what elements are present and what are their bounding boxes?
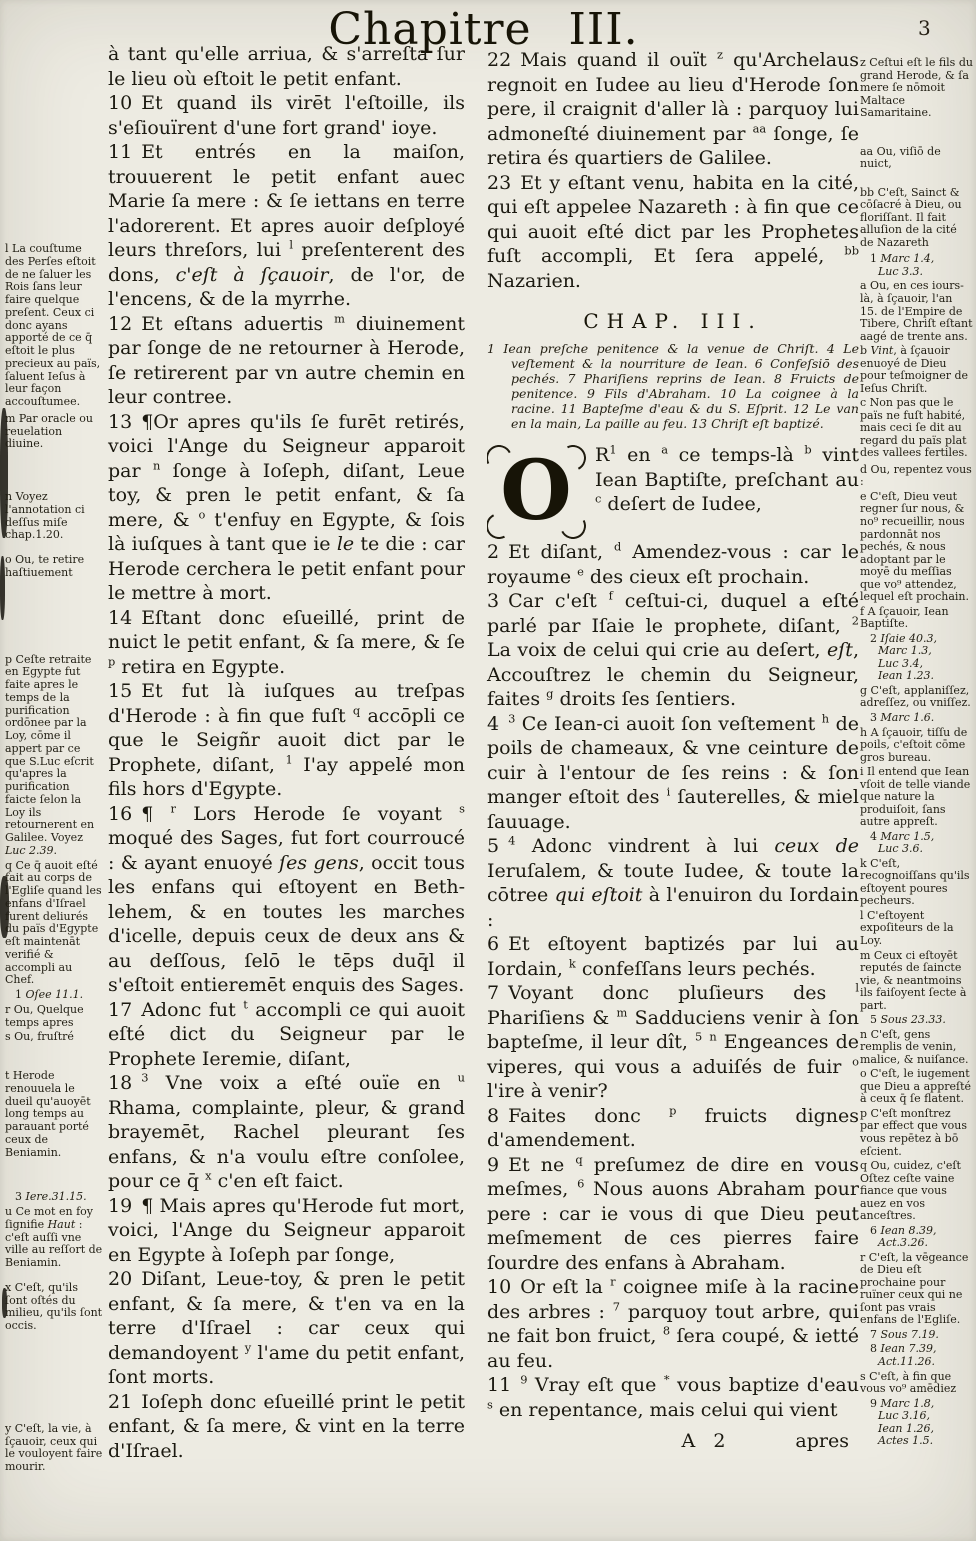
verse-number: 22 — [487, 49, 511, 71]
margin-note-text: f A ſçauoir, Iean Baptiſte. — [860, 605, 949, 631]
verse-text: Et y eſtant venu, habita en la cité, qui… — [487, 172, 859, 292]
margin-note-text: t Herode renouuela le dueil qu'auoyēt lo… — [5, 1069, 91, 1159]
margin-note: Actes 1.5. — [878, 1435, 973, 1448]
margin-note: o C'eſt, le iugement que Dieu a appreſté… — [860, 1068, 973, 1106]
margin-note: Iean 1.23. — [878, 670, 973, 683]
right-margin-notes: z Ceſtui eſt le fils du grand Herode, & … — [860, 57, 973, 1448]
verse-number: 6 — [487, 933, 499, 955]
verse: 12Et eſtans aduertis m diuinement par ſo… — [108, 312, 465, 410]
verse-text: Adonc fut t accompli ce qui auoit eſté d… — [108, 999, 465, 1070]
margin-note-text: 6 Iean 8.39, — [870, 1224, 936, 1237]
margin-note: y C'eſt, la vie, à ſçauoir, ceux qui le … — [5, 1423, 103, 1474]
verse: 14Eſtant donc eſueillé, print de nuict l… — [108, 606, 465, 680]
margin-note: l C'eſtoyent expoſiteurs de la Loy. — [860, 910, 973, 948]
margin-note: b Vint, à ſçauoir enuoyé de Dieu pour te… — [860, 345, 973, 395]
margin-note-text: Luc 3.4, — [878, 657, 923, 670]
verse: 21Ioſeph donc eſueillé print le petit en… — [108, 1390, 465, 1464]
verse-text: Et quand ils virēt l'eſtoille, ils s'eſi… — [108, 92, 465, 139]
verse-text: à tant qu'elle arriua, & s'arreſta ſur l… — [108, 43, 465, 90]
margin-note-text: e C'eſt, Dieu veut regner ſur nous, & no… — [860, 490, 969, 603]
left-text-column: à tant qu'elle arriua, & s'arreſta ſur l… — [108, 42, 465, 1463]
verse: 8Faites donc p fruicts dignes d'amendeme… — [487, 1104, 859, 1153]
margin-note-text: Act.3.26. — [878, 1236, 928, 1249]
verse: 15Et fut là iuſques au treſpas d'Herode … — [108, 679, 465, 802]
margin-note-text: 4 Marc 1.5, — [870, 830, 934, 843]
margin-note-text: z Ceſtui eſt le fils du grand Herode, & … — [860, 56, 973, 119]
margin-note: s Ou, fruſtré — [5, 1031, 103, 1044]
margin-note-text: k C'eſt, recognoiſſans qu'ils eſtoyent p… — [860, 857, 970, 908]
verse: 9Et ne q preſumez de dire en vous meſmes… — [487, 1153, 859, 1276]
verse: 10Or eſt la r coignee miſe à la racine d… — [487, 1275, 859, 1373]
margin-note: z Ceſtui eſt le fils du grand Herode, & … — [860, 57, 973, 120]
verse: 17Adonc fut t accompli ce qui auoit eſté… — [108, 998, 465, 1072]
verse-number: 19 — [108, 1195, 132, 1217]
chapter3-verses: 2Et diſant, d Amendez-vous : car le roya… — [487, 540, 859, 1422]
verse-text: Ioſeph donc eſueillé print le petit enfa… — [108, 1391, 465, 1462]
verse: 6Et eſtoyent baptizés par lui au Iordain… — [487, 932, 859, 981]
margin-note: g C'eſt, applaniſſez, adreſſez, ou vniſſ… — [860, 685, 973, 710]
margin-note: 1 Oſee 11.1. — [15, 989, 103, 1002]
margin-note: p C'eſt monſtrez par effect que vous vou… — [860, 1108, 973, 1158]
verse-number: 9 — [487, 1154, 499, 1176]
margin-note-text: p Ceſte retraite en Egypte fut faite apr… — [5, 653, 94, 857]
margin-note-text: c Non pas que le païs ne fuſt habité, ma… — [860, 396, 968, 459]
page-number: 3 — [918, 16, 931, 40]
verse-number: 11 — [487, 1374, 511, 1396]
margin-note: x C'eſt, qu'ils ſont oſtés du milieu, qu… — [5, 1282, 103, 1333]
chapter2-end-verses: 22Mais quand il ouït z qu'Archelaus regn… — [487, 48, 859, 293]
margin-note: 3 Iere.31.15. — [15, 1191, 103, 1204]
margin-note: t Herode renouuela le dueil qu'auoyēt lo… — [5, 1070, 103, 1159]
margin-note-text: a Ou, en ces iours-là, à ſçauoir, l'an 1… — [860, 279, 973, 342]
margin-note-text: i Il entend que Iean vſoit de telle vian… — [860, 765, 970, 828]
margin-note: aa Ou, viſiō de nuict, — [860, 146, 973, 171]
margin-note: 5 Sous 23.33. — [870, 1014, 973, 1027]
margin-note-text: n C'eſt, gens remplis de venin, malice, … — [860, 1028, 969, 1066]
verse-text: Et diſant, d Amendez-vous : car le royau… — [487, 541, 859, 588]
verse-text: Voyant donc pluſieurs des l Phariſiens &… — [487, 982, 859, 1102]
verse-number: 14 — [108, 607, 132, 629]
verse-text: Eſtant donc eſueillé, print de nuict le … — [108, 607, 465, 678]
margin-note: i Il entend que Iean vſoit de telle vian… — [860, 766, 973, 829]
verse: 22Mais quand il ouït z qu'Archelaus regn… — [487, 48, 859, 171]
verse: 2Et diſant, d Amendez-vous : car le roya… — [487, 540, 859, 589]
verse-text: 3 Vne voix a eſté ouïe en u Rhama, compl… — [108, 1072, 465, 1192]
verse-text: Faites donc p fruicts dignes d'amendemen… — [487, 1105, 859, 1152]
margin-note-text: y C'eſt, la vie, à ſçauoir, ceux qui le … — [5, 1422, 102, 1473]
margin-note: h A ſçauoir, tiſſu de poils, c'eſtoit cō… — [860, 727, 973, 765]
margin-note-text: 8 Iean 7.39, — [870, 1342, 936, 1355]
margin-note-text: b Vint, à ſçauoir enuoyé de Dieu pour te… — [860, 344, 968, 395]
chapter-summary: 1 Iean preſche penitence & la venue de C… — [487, 341, 859, 431]
margin-note-text: q Ce q̄ auoit eſté fait au corps de l'Eg… — [5, 859, 102, 987]
verse-number: 8 — [487, 1105, 499, 1127]
verse-text: Et eſtoyent baptizés par lui au Iordain,… — [487, 933, 859, 980]
verse: 10Et quand ils virēt l'eſtoille, ils s'e… — [108, 91, 465, 140]
margin-note-text: 3 Marc 1.6. — [870, 711, 934, 724]
margin-note-text: Iean 1.23. — [878, 669, 934, 682]
signature-line: A 2 apres — [487, 1430, 859, 1452]
margin-note: p Ceſte retraite en Egypte fut faite apr… — [5, 654, 103, 858]
margin-note-text: 1 Marc 1.4, — [870, 252, 934, 265]
margin-note-text: 3 Iere.31.15. — [15, 1190, 87, 1203]
margin-note-text: 9 Marc 1.8, — [870, 1397, 934, 1410]
margin-note-text: Luc 3.16, — [878, 1409, 930, 1422]
margin-note: 3 Marc 1.6. — [870, 712, 973, 725]
margin-note-text: s Ou, fruſtré — [5, 1030, 74, 1043]
margin-note: c Non pas que le païs ne fuſt habité, ma… — [860, 397, 973, 460]
margin-note-text: o Ou, te retire haſtiuement — [5, 553, 84, 579]
margin-note: bb C'eſt, Sainct & cōſacré à Dieu, ou fl… — [860, 187, 973, 250]
margin-note: e C'eſt, Dieu veut regner ſur nous, & no… — [860, 491, 973, 604]
verse-text: Diſant, Leue-toy, & pren le petit enfant… — [108, 1268, 465, 1388]
verse-text: Mais quand il ouït z qu'Archelaus regnoi… — [487, 49, 859, 169]
margin-note: n C'eſt, gens remplis de venin, malice, … — [860, 1029, 973, 1067]
verse-number: 16 — [108, 803, 132, 825]
verse-number: 20 — [108, 1268, 132, 1290]
margin-note: q Ou, cuidez, c'eſt Oſtez ceſte vaine fi… — [860, 1160, 973, 1223]
verse-text: Car c'eſt f ceſtui-ci, duquel a eſté par… — [487, 590, 859, 710]
margin-note-text: n Voyez l'annotation ci deſſus miſe chap… — [5, 490, 85, 541]
verse: 20Diſant, Leue-toy, & pren le petit enfa… — [108, 1267, 465, 1390]
verse-number: 17 — [108, 999, 132, 1021]
margin-note: Act.11.26. — [878, 1356, 973, 1369]
margin-note: Luc 3.3. — [878, 266, 973, 279]
verse-number: 21 — [108, 1391, 132, 1413]
verse-first: O R1 en a ce temps-là b vint Iean Baptiſ… — [487, 443, 859, 540]
margin-note: n Voyez l'annotation ci deſſus miſe chap… — [5, 491, 103, 542]
verse-number: 11 — [108, 141, 132, 163]
margin-note: m Ceux ci eſtoyēt reputés de ſaincte vie… — [860, 950, 973, 1013]
margin-note-text: l C'eſtoyent expoſiteurs de la Loy. — [860, 909, 954, 947]
verse-number: 18 — [108, 1072, 132, 1094]
verse-text: Or eſt la r coignee miſe à la racine des… — [487, 1276, 859, 1372]
verse-number: 10 — [108, 92, 132, 114]
verse: 43 Ce Iean-ci auoit ſon veſtement h de p… — [487, 712, 859, 835]
margin-note-text: u Ce mot en foy ſignifie Haut : c'eſt au… — [5, 1205, 102, 1269]
margin-note-text: o C'eſt, le iugement que Dieu a appreſté… — [860, 1067, 971, 1105]
verse-number: 5 — [487, 835, 499, 857]
verse-number: 15 — [108, 680, 132, 702]
verse-text: Et eſtans aduertis m diuinement par ſong… — [108, 313, 465, 409]
margin-note-text: x C'eſt, qu'ils ſont oſtés du milieu, qu… — [5, 1281, 102, 1332]
margin-note: d Ou, repentez vous : — [860, 464, 973, 489]
margin-note-text: 1 Oſee 11.1. — [15, 988, 83, 1001]
verse: 13¶Or apres qu'ils ſe furēt retirés, voi… — [108, 410, 465, 606]
margin-note: s C'eſt, à fin que vous vo⁹ amēdiez — [860, 1371, 973, 1396]
verse-number: 3 — [487, 590, 499, 612]
margin-note-text: Luc 3.3. — [878, 265, 923, 278]
margin-note: q Ce q̄ auoit eſté fait au corps de l'Eg… — [5, 860, 103, 988]
margin-note-text: h A ſçauoir, tiſſu de poils, c'eſtoit cō… — [860, 726, 967, 764]
margin-note: l La couſtume des Perſes eſtoit de ne ſa… — [5, 243, 103, 409]
margin-note: r C'eſt, la vēgeance de Dieu eſt prochai… — [860, 1252, 973, 1327]
verse: 54 Adonc vindrent à lui ceux de Ieruſale… — [487, 834, 859, 932]
margin-note-text: 2 Iſaie 40.3, — [870, 632, 937, 645]
verse-text: ¶ Mais apres qu'Herode fut mort, voici, … — [108, 1195, 465, 1266]
margin-note-text: l La couſtume des Perſes eſtoit de ne ſa… — [5, 242, 100, 408]
chapter-heading: CHAP. III. — [487, 309, 859, 333]
right-text-column: 22Mais quand il ouït z qu'Archelaus regn… — [487, 48, 859, 1452]
margin-note: a Ou, en ces iours-là, à ſçauoir, l'an 1… — [860, 280, 973, 343]
margin-note-text: d Ou, repentez vous : — [860, 463, 972, 489]
margin-note: u Ce mot en foy ſignifie Haut : c'eſt au… — [5, 1206, 103, 1270]
verse: 183 Vne voix a eſté ouïe en u Rhama, com… — [108, 1071, 465, 1194]
verse-number: 10 — [487, 1276, 511, 1298]
margin-note-text: 7 Sous 7.19. — [870, 1328, 939, 1341]
margin-note-text: Actes 1.5. — [878, 1434, 933, 1447]
margin-note: Act.3.26. — [878, 1237, 973, 1250]
verse: 7Voyant donc pluſieurs des l Phariſiens … — [487, 981, 859, 1104]
verse: 16¶ r Lors Herode ſe voyant s moqué des … — [108, 802, 465, 998]
margin-note-text: Act.11.26. — [878, 1355, 935, 1368]
margin-note-text: q Ou, cuidez, c'eſt Oſtez ceſte vaine fi… — [860, 1159, 961, 1222]
margin-note: f A ſçauoir, Iean Baptiſte. — [860, 606, 973, 631]
margin-note-text: p C'eſt monſtrez par effect que vous vou… — [860, 1107, 967, 1158]
margin-note: r Ou, Quelque temps apres — [5, 1004, 103, 1030]
verse-number: 4 — [487, 713, 499, 735]
drop-cap-ornament: O — [487, 446, 585, 538]
margin-note-text: aa Ou, viſiō de nuict, — [860, 145, 941, 171]
margin-note-text: m Ceux ci eſtoyēt reputés de ſaincte vie… — [860, 949, 966, 1012]
verse-text: R1 en a ce temps-là b vint Iean Baptiſte… — [595, 444, 859, 515]
scanned-bible-page: Chapitre III. 3 l La couſtume des Perſes… — [0, 0, 976, 1541]
verse-number: 7 — [487, 982, 499, 1004]
verse: 3Car c'eſt f ceſtui-ci, duquel a eſté pa… — [487, 589, 859, 712]
margin-note-text: r Ou, Quelque temps apres — [5, 1003, 84, 1029]
margin-note-text: bb C'eſt, Sainct & cōſacré à Dieu, ou fl… — [860, 186, 962, 249]
margin-note: o Ou, te retire haſtiuement — [5, 554, 103, 580]
margin-note-text: g C'eſt, applaniſſez, adreſſez, ou vniſſ… — [860, 684, 971, 710]
verse-text: Et ne q preſumez de dire en vous meſmes,… — [487, 1154, 859, 1274]
verse-number: 2 — [487, 541, 499, 563]
verse: 23Et y eſtant venu, habita en la cité, q… — [487, 171, 859, 294]
verse-text: 3 Ce Iean-ci auoit ſon veſtement h de po… — [487, 713, 859, 833]
verse-number: 13 — [108, 411, 132, 433]
verse: 19¶ Mais apres qu'Herode fut mort, voici… — [108, 1194, 465, 1268]
verse: à tant qu'elle arriua, & s'arreſta ſur l… — [108, 42, 465, 91]
verse-number: 23 — [487, 172, 511, 194]
margin-note-text: 5 Sous 23.33. — [870, 1013, 946, 1026]
verse-text: ¶ r Lors Herode ſe voyant s moqué des Sa… — [108, 803, 465, 997]
signature-mark: A 2 — [681, 1430, 725, 1452]
verse-text: Et fut là iuſques au treſpas d'Herode : … — [108, 680, 465, 800]
margin-note-text: Iean 1.26, — [878, 1422, 934, 1435]
margin-note: m Par oracle ou reuelation diuine. — [5, 413, 103, 451]
margin-note-text: Luc 3.6. — [878, 842, 923, 855]
margin-note: k C'eſt, recognoiſſans qu'ils eſtoyent p… — [860, 858, 973, 908]
margin-note-text: m Par oracle ou reuelation diuine. — [5, 412, 93, 451]
verse-text: Et entrés en la maiſon, trouuerent le pe… — [108, 141, 465, 310]
verse: 11Et entrés en la maiſon, trouuerent le … — [108, 140, 465, 312]
verse-text: 9 Vray eſt que * vous baptize d'eau s en… — [487, 1374, 859, 1421]
margin-note-text: r C'eſt, la vēgeance de Dieu eſt prochai… — [860, 1251, 968, 1327]
verse-text: 4 Adonc vindrent à lui ceux de Ieruſalem… — [487, 835, 859, 931]
verse: 119 Vray eſt que * vous baptize d'eau s … — [487, 1373, 859, 1422]
left-margin-notes: l La couſtume des Perſes eſtoit de ne ſa… — [5, 243, 103, 1474]
margin-note: Luc 3.6. — [878, 843, 973, 856]
margin-note: 7 Sous 7.19. — [870, 1329, 973, 1342]
catchword: apres — [795, 1430, 849, 1452]
margin-note-text: Marc 1.3, — [878, 644, 932, 657]
verse-number: 12 — [108, 313, 132, 335]
margin-note-text: s C'eſt, à fin que vous vo⁹ amēdiez — [860, 1370, 956, 1396]
verse-text: ¶Or apres qu'ils ſe furēt retirés, voici… — [108, 411, 465, 605]
